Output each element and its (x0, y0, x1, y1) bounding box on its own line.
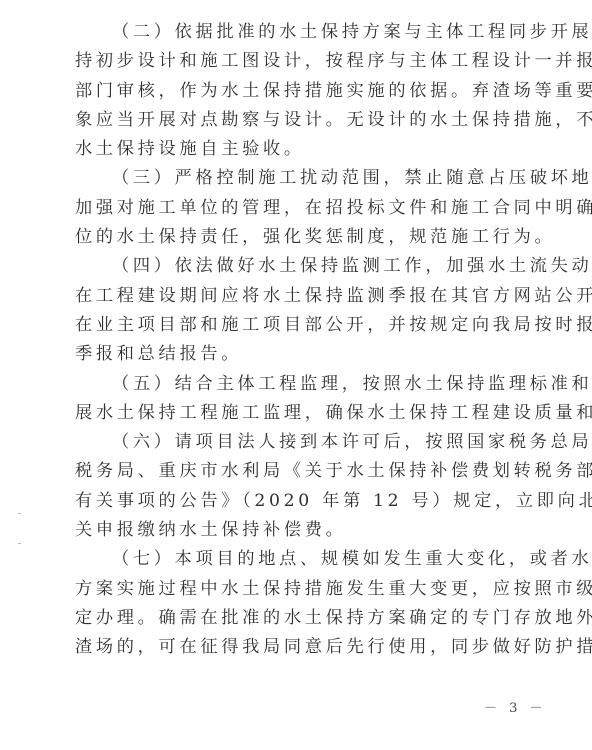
document-body: （二）依据批准的水土保持方案与主体工程同步开展水土保 持初步设计和施工图设计，按… (75, 18, 523, 663)
text-line: 位的水土保持责任，强化奖惩制度，规范施工行为。 (75, 223, 523, 252)
paragraph-item-2: （二）依据批准的水土保持方案与主体工程同步开展水土保 持初步设计和施工图设计，按… (75, 18, 523, 164)
paragraph-item-5: （五）结合主体工程监理，按照水土保持监理标准和规范开 展水土保持工程施工监理，确… (75, 370, 523, 429)
text-line: 方案实施过程中水土保持措施发生重大变更，应按照市级文件规 (75, 575, 523, 604)
document-page: （二）依据批准的水土保持方案与主体工程同步开展水土保 持初步设计和施工图设计，按… (0, 0, 592, 750)
page-number: － 3 － (484, 697, 547, 716)
text-line: 加强对施工单位的管理，在招投标文件和施工合同中明确施工单 (75, 194, 523, 223)
text-line: （七）本项目的地点、规模如发生重大变化，或者水土保持 (75, 545, 523, 574)
text-line: （五）结合主体工程监理，按照水土保持监理标准和规范开 (75, 370, 523, 399)
text-line: 渣场的，可在征得我局同意后先行使用，同步做好防护措施，保 (75, 633, 523, 662)
paragraph-item-4: （四）依法做好水土保持监测工作，加强水土流失动态监控。 在工程建设期间应将水土保… (75, 252, 523, 369)
paragraph-item-3: （三）严格控制施工扰动范围，禁止随意占压破坏地貌植被。 加强对施工单位的管理，在… (75, 164, 523, 252)
text-line: 象应当开展对点勘察与设计。无设计的水土保持措施，不得通过 (75, 106, 523, 135)
text-line: 在业主项目部和施工项目部公开，并按规定向我局按时报送监测 (75, 311, 523, 340)
scan-artifact (18, 543, 21, 544)
text-line: 税务局、重庆市水利局《关于水土保持补偿费划转税务部门征收 (75, 457, 523, 486)
text-line: 持初步设计和施工图设计，按程序与主体工程设计一并报经有关 (75, 47, 523, 76)
text-line: 在工程建设期间应将水土保持监测季报在其官方网站公开，同时 (75, 282, 523, 311)
scan-artifact (18, 513, 21, 514)
text-line: 展水土保持工程施工监理，确保水土保持工程建设质量和进度。 (75, 399, 523, 428)
paragraph-item-6: （六）请项目法人接到本许可后，按照国家税务总局重庆市 税务局、重庆市水利局《关于… (75, 428, 523, 545)
text-line: 关申报缴纳水土保持补偿费。 (75, 516, 523, 545)
text-line: 水土保持设施自主验收。 (75, 135, 523, 164)
text-line: 有关事项的公告》（2020 年第 12 号）规定，立即向北碚区税务机 (75, 487, 523, 516)
text-line: （四）依法做好水土保持监测工作，加强水土流失动态监控。 (75, 252, 523, 281)
text-line: 季报和总结报告。 (75, 340, 523, 369)
paragraph-item-7: （七）本项目的地点、规模如发生重大变化，或者水土保持 方案实施过程中水土保持措施… (75, 545, 523, 662)
text-line: （六）请项目法人接到本许可后，按照国家税务总局重庆市 (75, 428, 523, 457)
text-line: （二）依据批准的水土保持方案与主体工程同步开展水土保 (75, 18, 523, 47)
text-line: 部门审核，作为水土保持措施实施的依据。弃渣场等重要防护对 (75, 77, 523, 106)
text-line: 定办理。确需在批准的水土保持方案确定的专门存放地外新设弃 (75, 604, 523, 633)
text-line: （三）严格控制施工扰动范围，禁止随意占压破坏地貌植被。 (75, 164, 523, 193)
